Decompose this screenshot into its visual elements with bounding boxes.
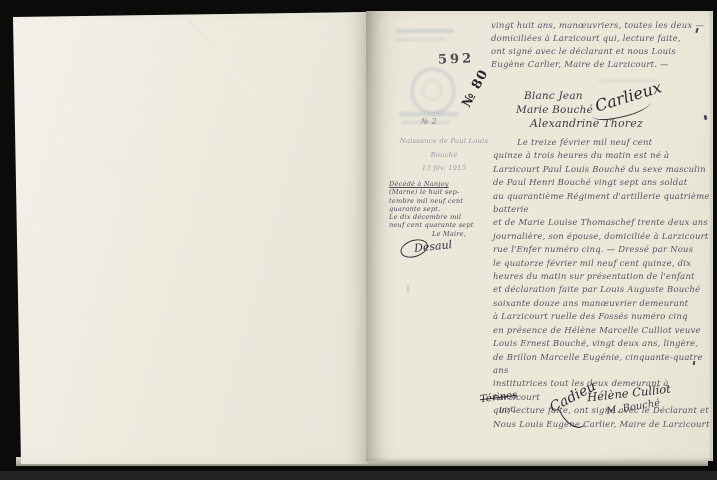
act-text-line: Nous Louis Eugène Carlier, Maire de Larz… xyxy=(493,419,710,432)
margin-death-mention: Décédé à Nanjoy (Marne) le huit sep- tem… xyxy=(389,180,491,238)
margin-ink-dots: ⋮ xyxy=(404,288,412,292)
mention-line: Décédé à Nanjoy xyxy=(389,180,491,188)
mention-line: Le Maire, xyxy=(389,230,491,238)
act-text-line: ont signé avec le déclarant et nous Loui… xyxy=(491,46,709,59)
act-text-line: Le treize février mil neuf cent xyxy=(493,137,710,150)
margin-act-title: Naissance de Paul Louis Bouché 13 fév. 1… xyxy=(390,135,498,176)
margin-title-line: 13 fév. 1915 xyxy=(390,162,498,176)
mention-line: tembre mil neuf cent xyxy=(389,197,491,205)
act-text-line: de Paul Henri Bouché vingt sept ans sold… xyxy=(493,177,710,190)
ink-tick xyxy=(704,115,708,121)
mention-line: neuf cent quarante sept xyxy=(389,221,491,229)
act-text-line: rue l'Enfer numéro cinq. — Dressé par No… xyxy=(493,244,710,257)
act-text-line: journalière, son épouse, domiciliée à La… xyxy=(493,231,710,244)
ghost-seal-stamp xyxy=(411,68,455,114)
margin-title-line: Naissance de Paul Louis xyxy=(390,135,498,149)
act-text-line: le quatorze février mil neuf cent quinze… xyxy=(493,258,710,271)
previous-act-end-text: vingt huit ans, manœuvriers, toutes les … xyxy=(491,20,709,72)
act-text-line: et de Marie Louise Thomaschef trente deu… xyxy=(493,217,710,230)
background-band xyxy=(0,471,717,480)
mention-line: (Marne) le huit sep- xyxy=(389,188,491,196)
act-text-line: Larzicourt Paul Louis Bouché du sexe mas… xyxy=(493,164,710,177)
paper-crease xyxy=(221,25,339,51)
act-text-line: de Brillon Marcelle Eugénie, cinquante-q… xyxy=(493,352,710,379)
act-text-line: quinze à trois heures du matin est né à xyxy=(493,150,710,163)
left-page-blank xyxy=(10,12,368,464)
archive-scan-viewport: { "colors": { "background": "#0b0b09", "… xyxy=(0,0,717,480)
act-text-line: Eugène Carlier, Maire de Larzicourt. — xyxy=(491,59,709,72)
mayor-signature-margin: Desaul xyxy=(413,238,452,255)
act-text-line: et déclaration faite par Louis Auguste B… xyxy=(493,284,710,297)
act-text-line: vingt huit ans, manœuvriers, toutes les … xyxy=(491,20,709,33)
act-text-line: soixante douze ans manœuvrier demeurant xyxy=(493,298,710,311)
margin-title-line: Bouché xyxy=(390,149,498,163)
birth-act-body-text: Le treize février mil neuf cent quinze à… xyxy=(493,137,710,432)
act-number-stamp: № 80 xyxy=(459,67,491,110)
witness-signature-left-title: Inst. xyxy=(499,404,517,414)
ghost-writing-mark xyxy=(401,121,451,124)
act-text-line: au quarantième Régiment d'artillerie qua… xyxy=(493,191,710,218)
act-text-line: Louis Ernest Bouché, vingt deux ans, lin… xyxy=(493,338,710,351)
folio-number-stamp: 592 xyxy=(438,51,475,67)
act-text-line: heures du matin sur présentation de l'en… xyxy=(493,271,710,284)
ghost-writing-mark xyxy=(399,112,459,116)
act-text-line: en présence de Hélène Marcelle Culliot v… xyxy=(493,325,710,338)
mention-line: quarante sept. xyxy=(389,205,491,213)
ghost-writing-mark xyxy=(396,29,454,33)
act-text-line: à Larzicourt ruelle des Fossés numéro ci… xyxy=(493,311,710,324)
ghost-writing-mark xyxy=(395,38,447,41)
act-text-line: domiciliées à Larzicourt qui, lecture fa… xyxy=(491,33,709,46)
paper-crease xyxy=(102,157,268,287)
mention-line: Le dix décembre mil xyxy=(389,213,491,221)
right-page-act: 592 № 80 № 2 Naissance de Paul Louis Bou… xyxy=(366,11,713,461)
act-text-line: qui, lecture faite, ont signé avec le Dé… xyxy=(493,405,710,418)
